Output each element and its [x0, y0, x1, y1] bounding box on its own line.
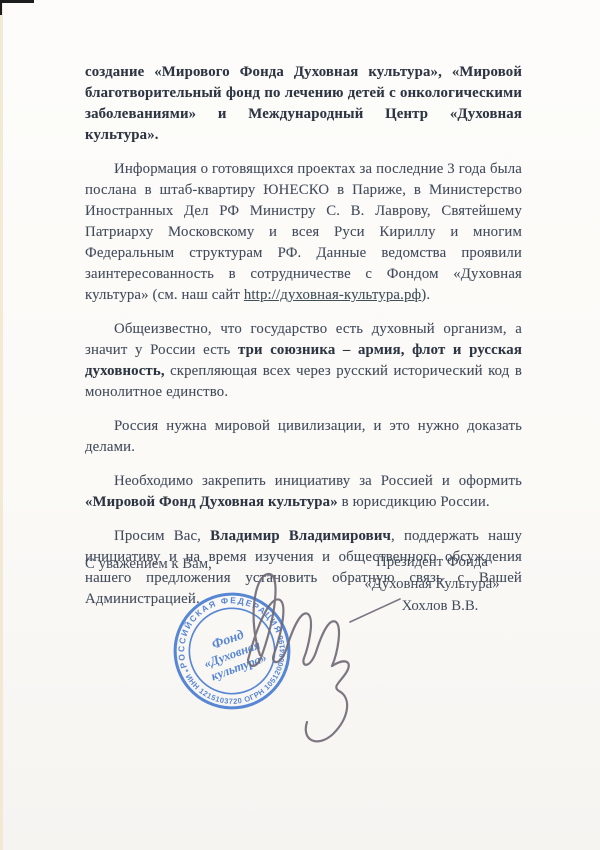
signature-dash — [350, 599, 400, 622]
paragraph-text: Информация о готовящихся проектах за пос… — [85, 161, 522, 303]
paragraph-text: Россия нужна мировой цивилизации, и это … — [85, 418, 522, 455]
paragraph-text: Необходимо закрепить инициативу за Росси… — [114, 473, 522, 489]
closing-salutation: С уважением к Вам, — [85, 553, 212, 575]
paragraph: Информация о готовящихся проектах за пос… — [85, 159, 522, 306]
letter-body: создание «Мирового Фонда Духовная культу… — [85, 62, 522, 623]
letter-page: создание «Мирового Фонда Духовная культу… — [0, 0, 600, 850]
paragraph-text: Просим Вас, — [114, 528, 210, 544]
paragraph-text-bold: «Мировой Фонд Духовная культура» — [85, 494, 338, 510]
scan-artifact-top — [0, 0, 34, 3]
paragraph: создание «Мирового Фонда Духовная культу… — [85, 62, 522, 146]
site-link[interactable]: http://духовная-культура.рф — [244, 287, 421, 303]
paragraph: Необходимо закрепить инициативу за Росси… — [85, 471, 522, 513]
paragraph-text: ). — [421, 287, 430, 303]
paragraph-text: создание «Мирового Фонда Духовная культу… — [85, 64, 522, 143]
paragraph-text-bold: Владимир Владимирович — [210, 528, 391, 544]
paragraph-text: в юрисдикцию России. — [338, 494, 490, 510]
signature-stroke — [306, 661, 349, 741]
scan-artifact-left — [0, 0, 2, 15]
paragraph: Общеизвестно, что государство есть духов… — [85, 319, 522, 403]
paragraph: Россия нужна мировой цивилизации, и это … — [85, 416, 522, 458]
handwritten-signature — [200, 560, 420, 770]
paper-edge — [0, 0, 3, 850]
